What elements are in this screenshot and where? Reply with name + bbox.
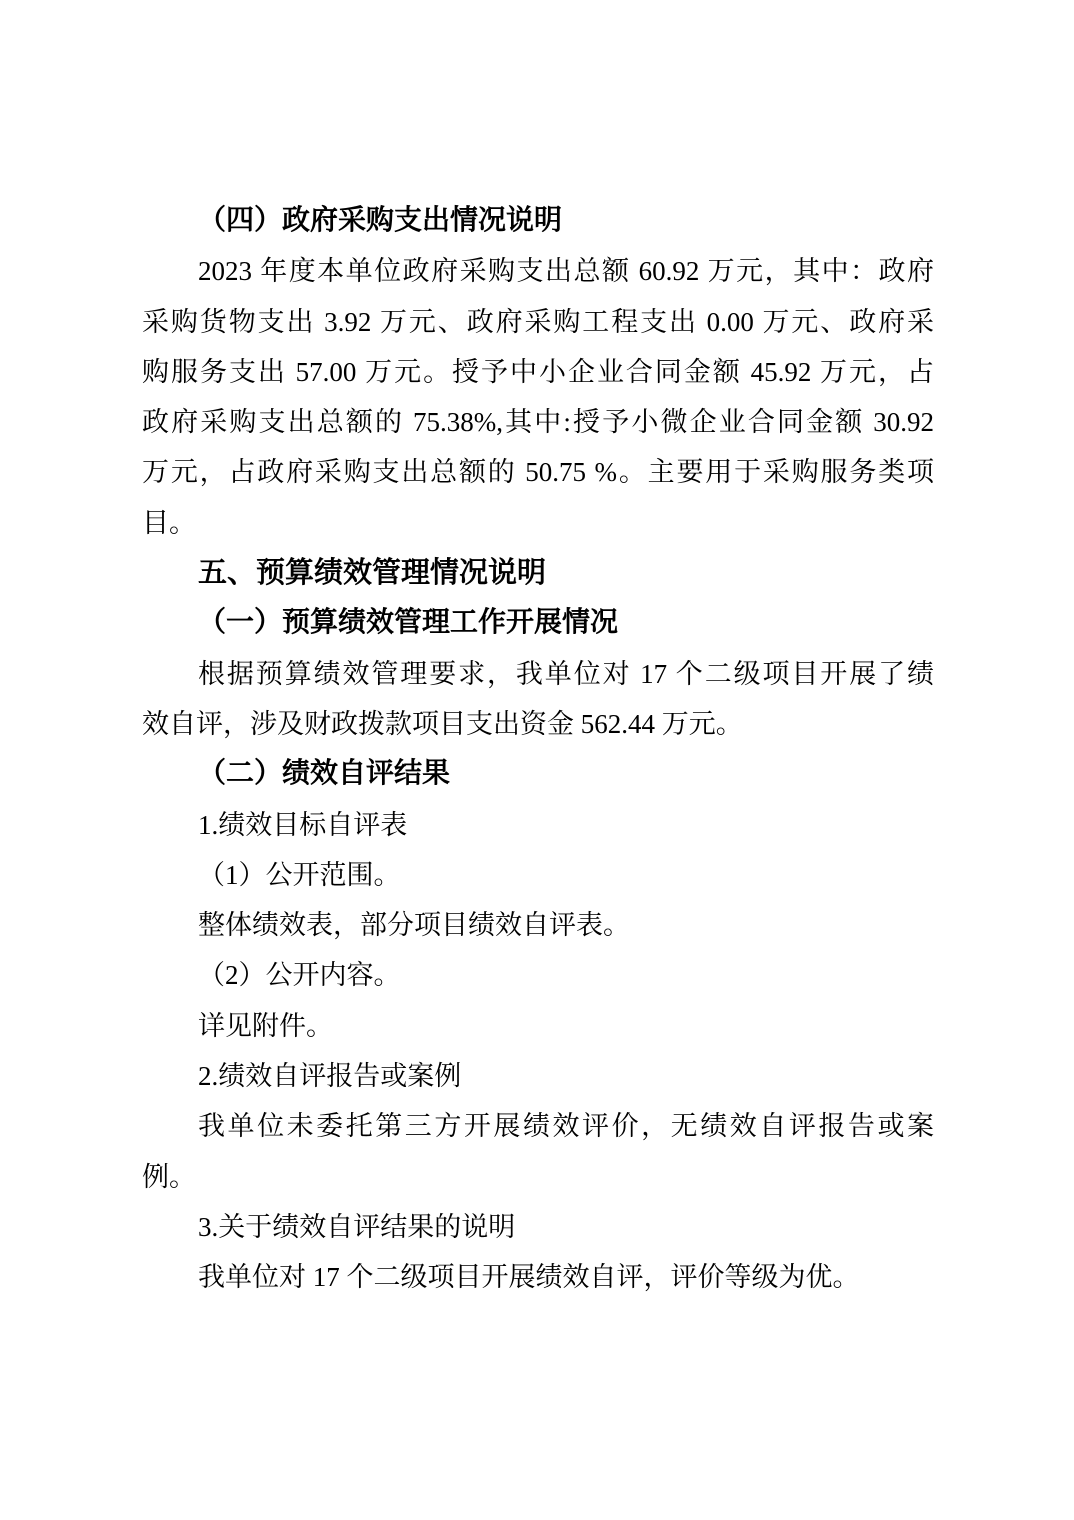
text-line: 3.关于绩效自评结果的说明 — [142, 1202, 934, 1252]
text-line: 2023 年度本单位政府采购支出总额 60.92 万元，其中：政府 — [142, 246, 934, 296]
text-line: 目。 — [142, 498, 934, 548]
text-line: 效自评，涉及财政拨款项目支出资金 562.44 万元。 — [142, 699, 934, 749]
subsection-heading: （二）绩效自评结果 — [142, 749, 934, 799]
document-content: （四）政府采购支出情况说明2023 年度本单位政府采购支出总额 60.92 万元… — [142, 196, 934, 1303]
document-page: （四）政府采购支出情况说明2023 年度本单位政府采购支出总额 60.92 万元… — [0, 0, 1074, 1520]
text-line: 政府采购支出总额的 75.38%,其中:授予小微企业合同金额 30.92 — [142, 397, 934, 447]
section-heading: 五、预算绩效管理情况说明 — [142, 548, 934, 598]
text-line: 我单位未委托第三方开展绩效评价，无绩效自评报告或案 — [142, 1101, 934, 1151]
text-line: 万元，占政府采购支出总额的 50.75 %。主要用于采购服务类项 — [142, 447, 934, 497]
subsection-heading: （四）政府采购支出情况说明 — [142, 196, 934, 246]
text-line: （1）公开范围。 — [142, 850, 934, 900]
text-line: 采购货物支出 3.92 万元、政府采购工程支出 0.00 万元、政府采 — [142, 297, 934, 347]
text-line: 整体绩效表，部分项目绩效自评表。 — [142, 900, 934, 950]
text-line: 我单位对 17 个二级项目开展绩效自评，评价等级为优。 — [142, 1252, 934, 1302]
text-line: 1.绩效目标自评表 — [142, 800, 934, 850]
text-line: 购服务支出 57.00 万元。授予中小企业合同金额 45.92 万元，占 — [142, 347, 934, 397]
text-line: 根据预算绩效管理要求，我单位对 17 个二级项目开展了绩 — [142, 649, 934, 699]
subsection-heading: （一）预算绩效管理工作开展情况 — [142, 598, 934, 648]
text-line: 详见附件。 — [142, 1001, 934, 1051]
text-line: （2）公开内容。 — [142, 950, 934, 1000]
text-line: 例。 — [142, 1152, 934, 1202]
text-line: 2.绩效自评报告或案例 — [142, 1051, 934, 1101]
